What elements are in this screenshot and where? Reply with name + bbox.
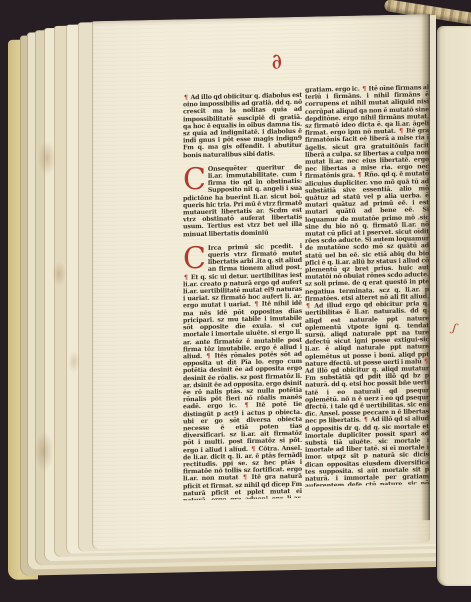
text-column-right: gratiam. ergo ic. ¶ Itē oīne firmans al …: [305, 84, 429, 487]
pilcrow-mark: ¶: [244, 402, 250, 409]
facing-page-rubrication-mark: ʃ: [452, 321, 462, 334]
pilcrow-mark: ¶: [305, 303, 311, 310]
pilcrow-mark: ¶: [357, 172, 363, 179]
book: ∂ ¶ Ad illo qd obiicitur q. diabolus est…: [8, 13, 436, 582]
drop-cap-initial: C: [183, 246, 206, 273]
paragraph: ¶ Ad illo qd obiicitur q. diabolus est o…: [183, 92, 302, 159]
facing-page-edge: ʃ: [437, 26, 471, 586]
pilcrow-mark: ¶: [183, 274, 189, 281]
pilcrow-mark: ¶: [253, 301, 259, 308]
pilcrow-mark: ¶: [242, 474, 248, 481]
paragraph: CIrca primū sic pcedit. i queris vtrz fi…: [183, 243, 302, 501]
pilcrow-mark: ¶: [363, 417, 369, 424]
drop-cap-initial: C: [183, 167, 206, 194]
pilcrow-mark: ¶: [423, 358, 429, 365]
paragraph: COnsequēter queritur de li.ar. immutabil…: [183, 164, 302, 239]
pilcrow-mark: ¶: [183, 94, 189, 101]
pilcrow-mark: ¶: [250, 445, 256, 452]
pilcrow-mark: ¶: [361, 85, 367, 92]
text-column-left: ¶ Ad illo qd obiicitur q. diabolus est o…: [183, 92, 302, 500]
pilcrow-mark: ¶: [398, 128, 404, 135]
photo-of-incunable-page: { "photo": { "background_color": "#261e2…: [0, 0, 471, 602]
pilcrow-mark: ¶: [205, 353, 211, 360]
paragraph: gratiam. ergo ic. ¶ Itē oīne firmans al …: [305, 84, 429, 487]
